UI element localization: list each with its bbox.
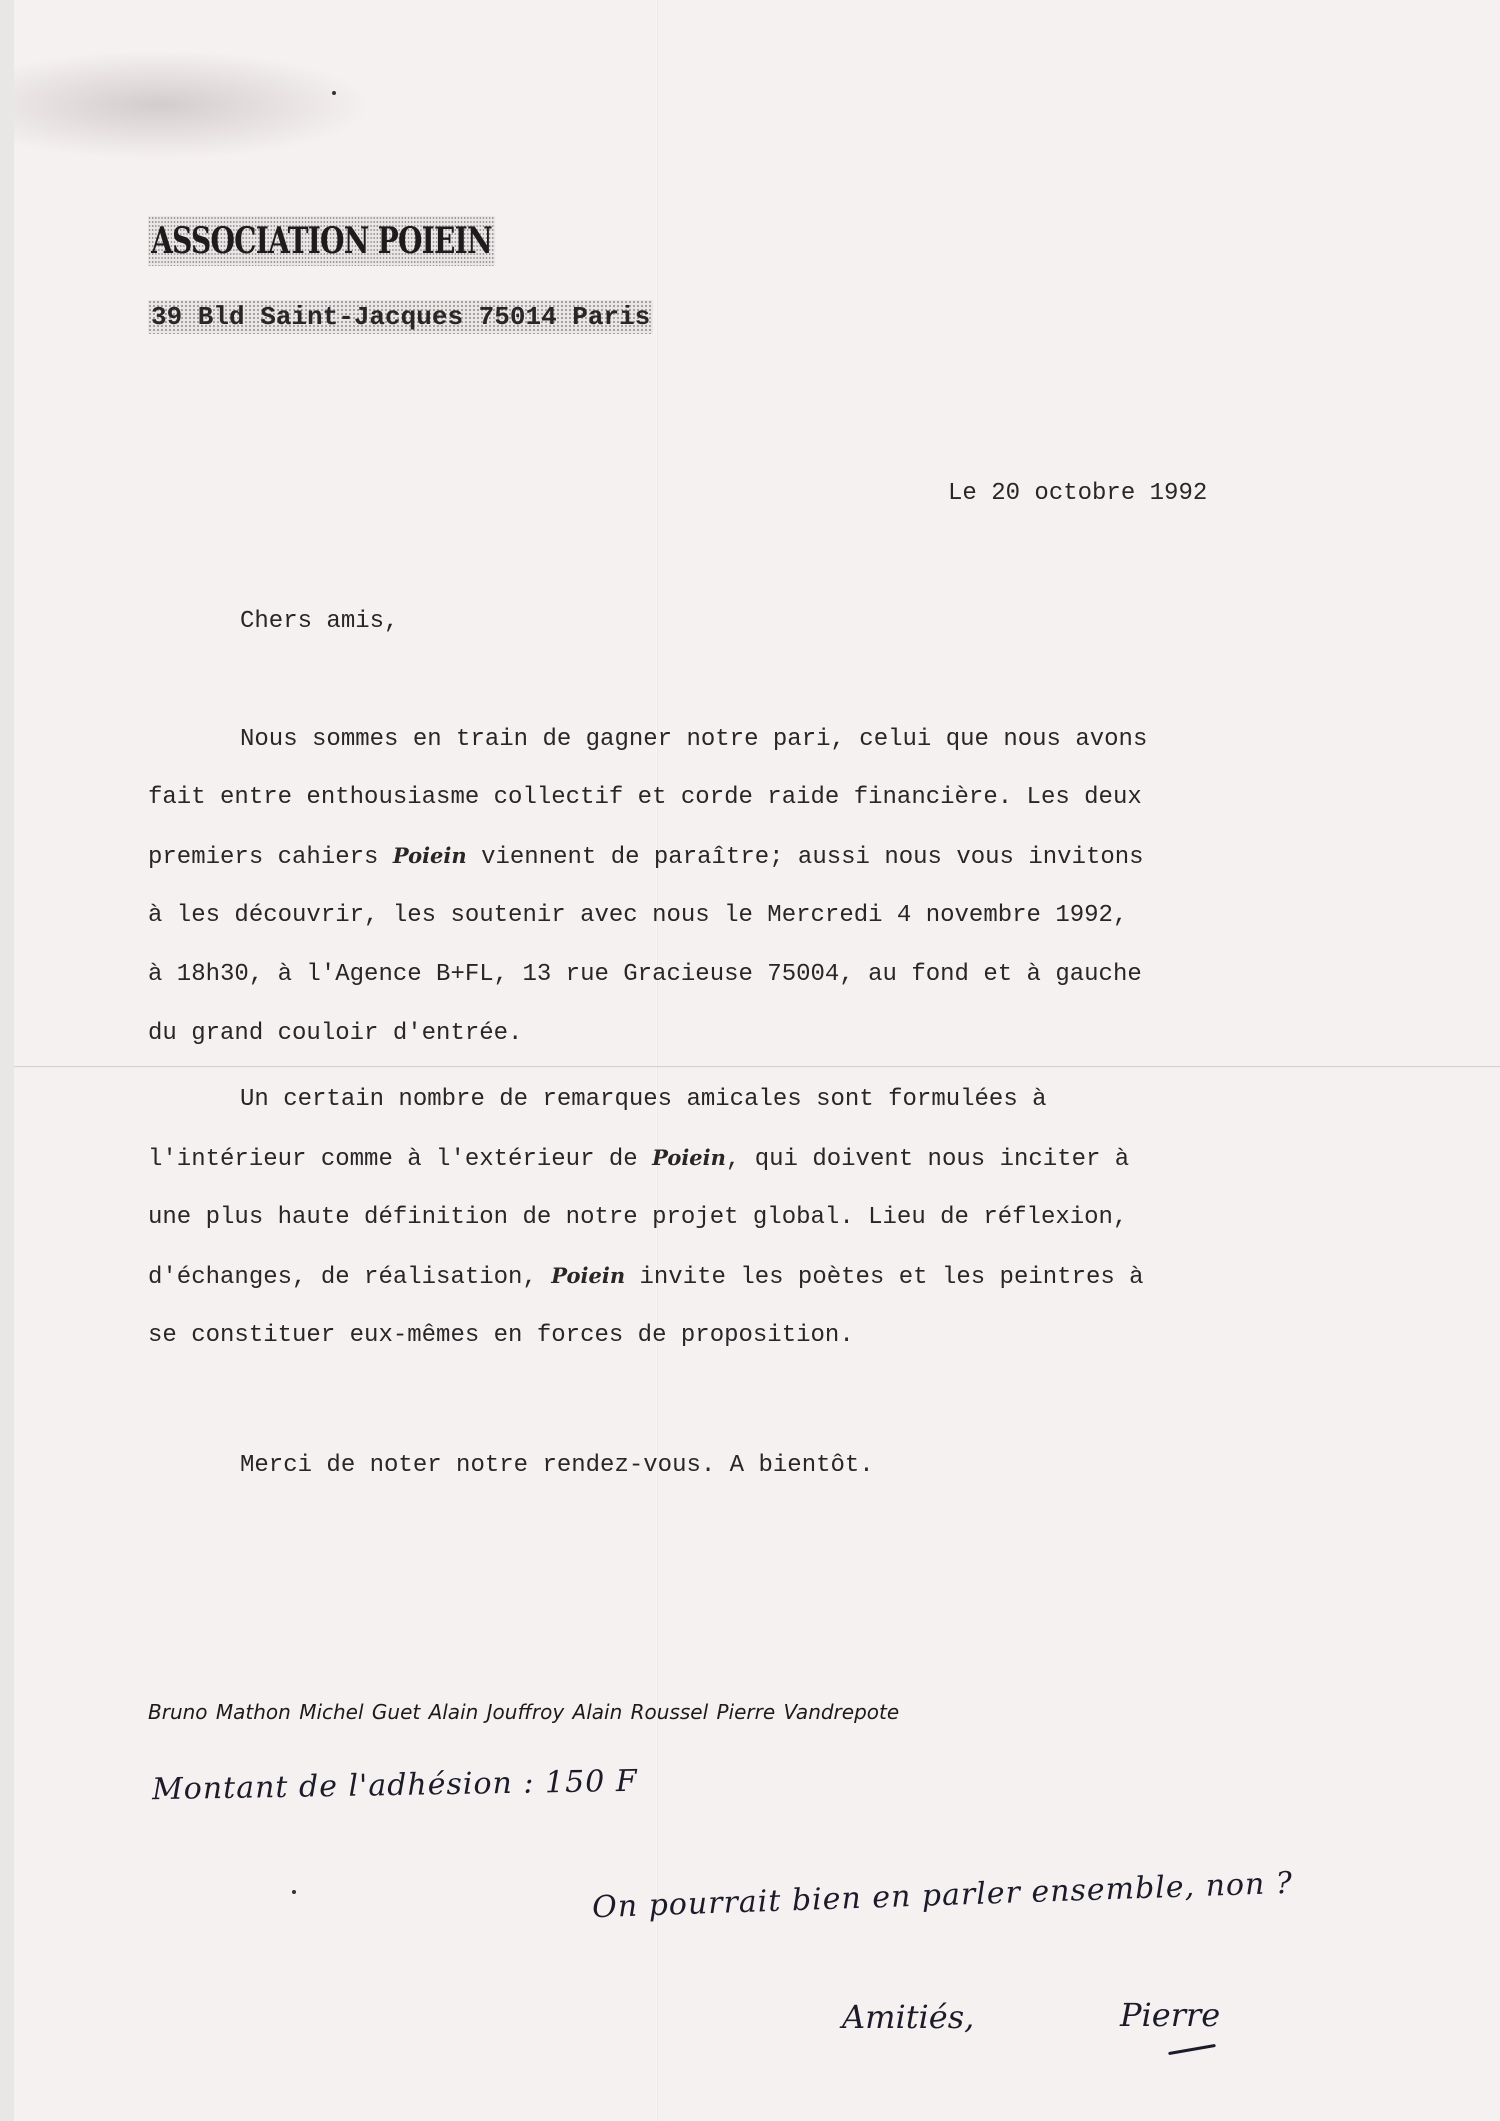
journal-title: Poiein bbox=[393, 843, 467, 868]
body-line: Un certain nombre de remarques amicales … bbox=[240, 1086, 1047, 1113]
letterhead-organization: ASSOCIATION POIEIN bbox=[148, 216, 495, 266]
body-line: d'échanges, de réalisation, Poiein invit… bbox=[148, 1263, 1144, 1291]
scan-left-edge bbox=[0, 0, 14, 2121]
journal-title: Poiein bbox=[652, 1145, 726, 1170]
journal-title: Poiein bbox=[551, 1263, 625, 1288]
signatories-list: Bruno Mathon Michel Guet Alain Jouffroy … bbox=[148, 1700, 899, 1724]
body-line: du grand couloir d'entrée. bbox=[148, 1020, 522, 1047]
speck bbox=[332, 91, 336, 95]
body-line: Nous sommes en train de gagner notre par… bbox=[240, 726, 1147, 753]
letter-date: Le 20 octobre 1992 bbox=[948, 480, 1207, 507]
body-line: à 18h30, à l'Agence B+FL, 13 rue Gracieu… bbox=[148, 961, 1142, 988]
salutation: Chers amis, bbox=[240, 608, 398, 635]
speck bbox=[292, 1890, 296, 1894]
body-line: à les découvrir, les soutenir avec nous … bbox=[148, 902, 1127, 929]
body-line: fait entre enthousiasme collectif et cor… bbox=[148, 784, 1142, 811]
handwritten-signature: Pierre bbox=[1120, 1996, 1220, 2034]
letterhead-address: 39 Bld Saint-Jacques 75014 Paris bbox=[148, 300, 653, 334]
toner-smudge bbox=[14, 50, 374, 160]
body-line: l'intérieur comme à l'extérieur de Poiei… bbox=[148, 1145, 1129, 1173]
vertical-fold-line bbox=[656, 0, 658, 2121]
body-line: se constituer eux-mêmes en forces de pro… bbox=[148, 1322, 854, 1349]
horizontal-fold-line bbox=[14, 1066, 1500, 1068]
body-line: Merci de noter notre rendez-vous. A bien… bbox=[240, 1452, 874, 1479]
body-line: une plus haute définition de notre proje… bbox=[148, 1204, 1127, 1231]
handwritten-closing: Amitiés, bbox=[842, 1998, 974, 2036]
body-line: premiers cahiers Poiein viennent de para… bbox=[148, 843, 1144, 871]
